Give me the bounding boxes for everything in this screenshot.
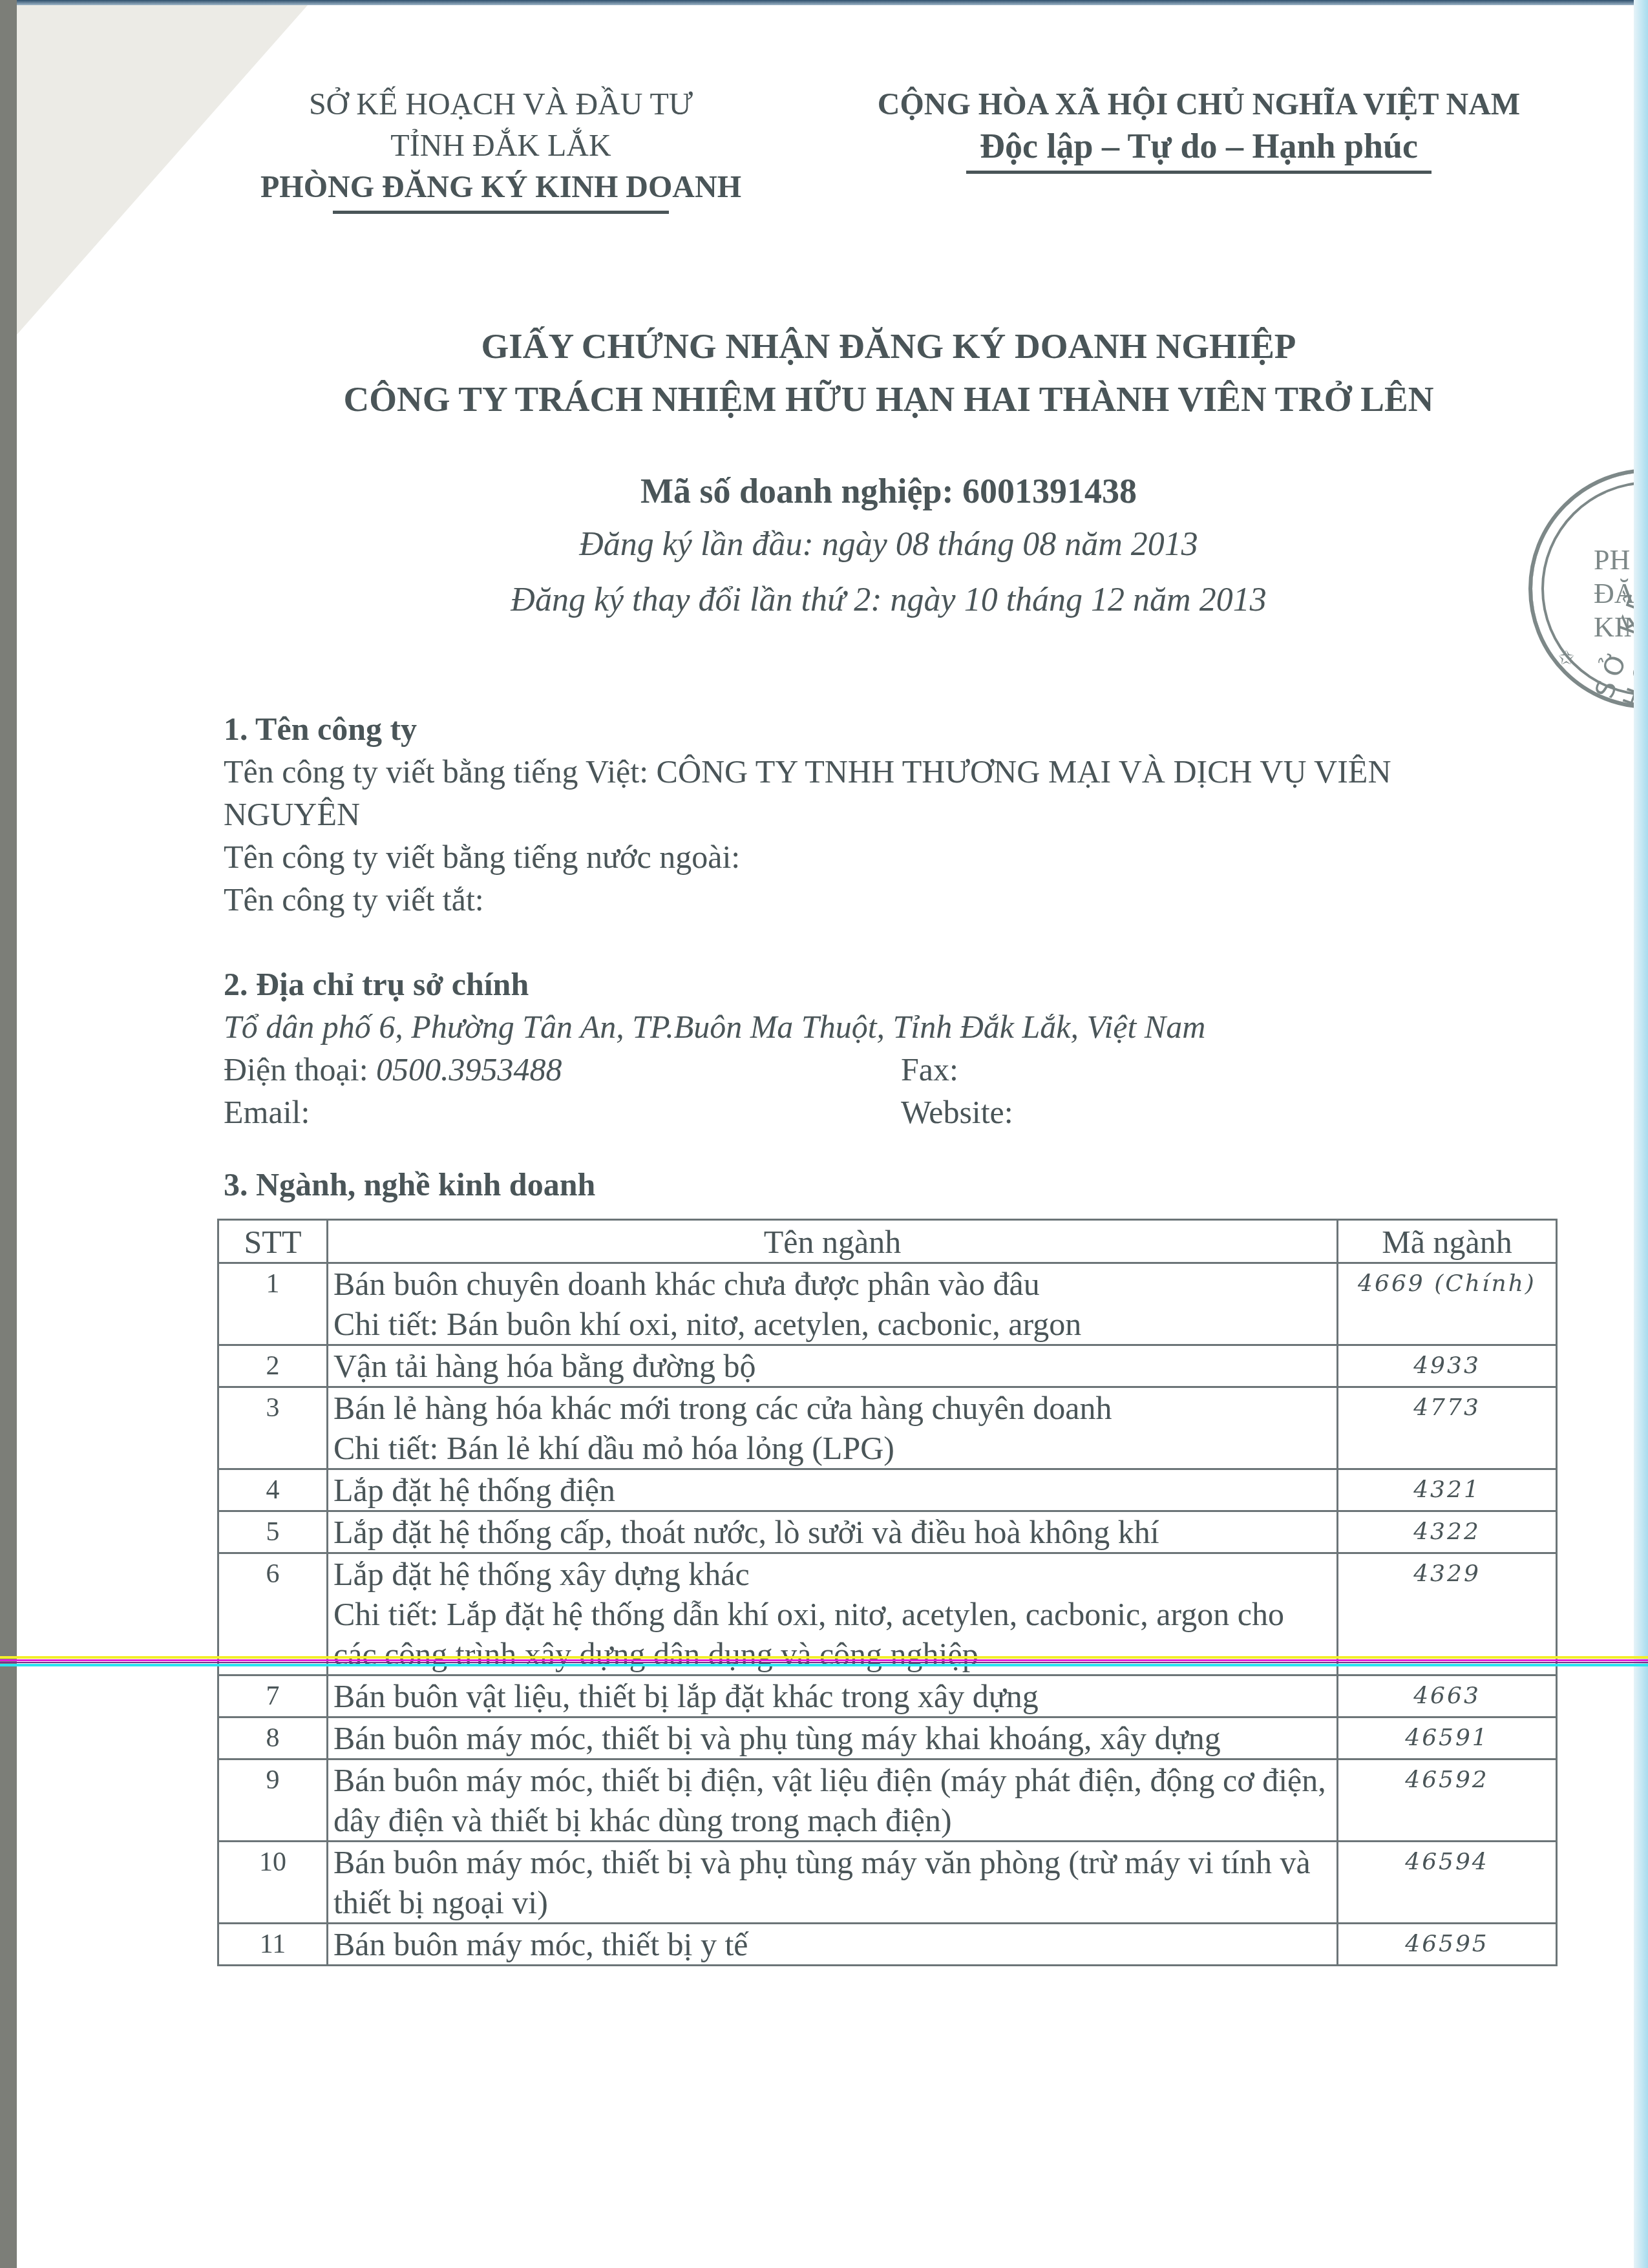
table-row: 3Bán lẻ hàng hóa khác mới trong các cửa … bbox=[218, 1387, 1557, 1469]
enterprise-code: Mã số doanh nghiệp: 6001391438 bbox=[194, 465, 1583, 517]
row-business-code: 46592 bbox=[1338, 1759, 1557, 1842]
authority-province: TỈNH ĐẮK LẮK bbox=[194, 125, 808, 167]
nation-name: CỘNG HÒA XÃ HỘI CHỦ NGHĨA VIỆT NAM bbox=[827, 84, 1570, 125]
section-2-heading: 2. Địa chỉ trụ sở chính bbox=[224, 963, 1548, 1005]
table-row: 1Bán buôn chuyên doanh khác chưa được ph… bbox=[218, 1263, 1557, 1345]
header-right-underline bbox=[966, 171, 1431, 174]
row-stt: 9 bbox=[218, 1759, 328, 1842]
scan-edge-right bbox=[1634, 0, 1648, 2268]
row-business-code: 4773 bbox=[1338, 1387, 1557, 1469]
table-row: 5Lắp đặt hệ thống cấp, thoát nước, lò sư… bbox=[218, 1511, 1557, 1553]
row-stt: 3 bbox=[218, 1387, 328, 1469]
row-business-code: 4322 bbox=[1338, 1511, 1557, 1553]
table-row: 11Bán buôn máy móc, thiết bị y tế46595 bbox=[218, 1924, 1557, 1966]
fax-label: Fax: bbox=[901, 1051, 958, 1087]
table-row: 8Bán buôn máy móc, thiết bị và phụ tùng … bbox=[218, 1717, 1557, 1759]
business-name: Lắp đặt hệ thống cấp, thoát nước, lò sưở… bbox=[333, 1512, 1331, 1552]
national-header: CỘNG HÒA XÃ HỘI CHỦ NGHĨA VIỆT NAM Độc l… bbox=[827, 84, 1570, 174]
row-business-code: 4933 bbox=[1338, 1345, 1557, 1387]
row-stt: 10 bbox=[218, 1842, 328, 1924]
phone-value: 0500.3953488 bbox=[376, 1051, 562, 1087]
business-name: Lắp đặt hệ thống điện bbox=[333, 1470, 1331, 1510]
scan-edge-left bbox=[0, 0, 17, 2268]
table-row: 10Bán buôn máy móc, thiết bị và phụ tùng… bbox=[218, 1842, 1557, 1924]
row-business-code: 4669 (Chính) bbox=[1338, 1263, 1557, 1345]
stamp-center-text: PH ĐĂN KINI bbox=[1594, 543, 1634, 644]
business-name: Bán buôn chuyên doanh khác chưa được phâ… bbox=[333, 1264, 1331, 1304]
scan-artifact-line bbox=[0, 1662, 1648, 1663]
row-stt: 5 bbox=[218, 1511, 328, 1553]
first-registration-date: Đăng ký lần đầu: ngày 08 tháng 08 năm 20… bbox=[194, 517, 1583, 572]
row-business-name: Bán lẻ hàng hóa khác mới trong các cửa h… bbox=[328, 1387, 1338, 1469]
official-stamp: SỞ KẾ HOẠC ✩ PH ĐĂN KINI bbox=[1528, 452, 1634, 724]
registration-info: Mã số doanh nghiệp: 6001391438 Đăng ký l… bbox=[194, 465, 1583, 628]
row-stt: 1 bbox=[218, 1263, 328, 1345]
title-line-1: GIẤY CHỨNG NHẬN ĐĂNG KÝ DOANH NGHIỆP bbox=[194, 320, 1583, 373]
business-detail: Chi tiết: Bán buôn khí oxi, nitơ, acetyl… bbox=[333, 1304, 1331, 1344]
foreign-name-row: Tên công ty viết bằng tiếng nước ngoài: bbox=[224, 835, 1548, 878]
table-body: 1Bán buôn chuyên doanh khác chưa được ph… bbox=[218, 1263, 1557, 1966]
business-name: Bán buôn vật liệu, thiết bị lắp đặt khác… bbox=[333, 1676, 1331, 1716]
address-value: Tổ dân phố 6, Phường Tân An, TP.Buôn Ma … bbox=[224, 1005, 1548, 1048]
row-stt: 11 bbox=[218, 1924, 328, 1966]
row-business-code: 4663 bbox=[1338, 1675, 1557, 1717]
business-name: Lắp đặt hệ thống xây dựng khác bbox=[333, 1554, 1331, 1594]
header-code: Mã ngành bbox=[1338, 1220, 1557, 1263]
contact-row-2: Email: Website: bbox=[224, 1091, 1548, 1133]
header-left-underline bbox=[333, 211, 669, 214]
header-name: Tên ngành bbox=[328, 1220, 1338, 1263]
stamp-star-icon: ✩ bbox=[1558, 647, 1574, 669]
row-stt: 4 bbox=[218, 1469, 328, 1511]
business-name: Vận tải hàng hóa bằng đường bộ bbox=[333, 1346, 1331, 1386]
table-row: 9Bán buôn máy móc, thiết bị điện, vật li… bbox=[218, 1759, 1557, 1842]
row-business-name: Vận tải hàng hóa bằng đường bộ bbox=[328, 1345, 1338, 1387]
short-name-label: Tên công ty viết tắt: bbox=[224, 881, 484, 918]
scan-artifact-line bbox=[0, 1664, 1648, 1666]
row-business-name: Bán buôn chuyên doanh khác chưa được phâ… bbox=[328, 1263, 1338, 1345]
scan-edge-top bbox=[17, 0, 1648, 5]
amendment-date: Đăng ký thay đổi lần thứ 2: ngày 10 thán… bbox=[194, 572, 1583, 628]
business-name: Bán buôn máy móc, thiết bị y tế bbox=[333, 1924, 1331, 1964]
stamp-seal-icon: SỞ KẾ HOẠC ✩ PH ĐĂN KINI bbox=[1528, 468, 1634, 709]
business-name: Bán buôn máy móc, thiết bị và phụ tùng m… bbox=[333, 1842, 1331, 1922]
row-business-name: Lắp đặt hệ thống cấp, thoát nước, lò sưở… bbox=[328, 1511, 1338, 1553]
row-stt: 2 bbox=[218, 1345, 328, 1387]
website-label: Website: bbox=[901, 1094, 1013, 1130]
row-business-name: Bán buôn vật liệu, thiết bị lắp đặt khác… bbox=[328, 1675, 1338, 1717]
section-1-heading: 1. Tên công ty bbox=[224, 708, 1548, 750]
vietnamese-name-row: Tên công ty viết bằng tiếng Việt: CÔNG T… bbox=[224, 750, 1516, 835]
table-row: 2Vận tải hàng hóa bằng đường bộ4933 bbox=[218, 1345, 1557, 1387]
business-name: Bán buôn máy móc, thiết bị điện, vật liệ… bbox=[333, 1760, 1331, 1840]
row-stt: 8 bbox=[218, 1717, 328, 1759]
scan-artifact-line bbox=[0, 1659, 1648, 1661]
section-3-heading: 3. Ngành, nghề kinh doanh bbox=[224, 1163, 1548, 1206]
title-line-2: CÔNG TY TRÁCH NHIỆM HỮU HẠN HAI THÀNH VI… bbox=[194, 373, 1583, 426]
table-row: 4Lắp đặt hệ thống điện4321 bbox=[218, 1469, 1557, 1511]
row-business-name: Bán buôn máy móc, thiết bị y tế bbox=[328, 1924, 1338, 1966]
section-company-name: 1. Tên công ty Tên công ty viết bằng tiế… bbox=[224, 708, 1548, 921]
row-business-code: 46594 bbox=[1338, 1842, 1557, 1924]
national-motto: Độc lập – Tự do – Hạnh phúc bbox=[827, 125, 1570, 167]
contact-row-1: Điện thoại: 0500.3953488 Fax: bbox=[224, 1048, 1548, 1091]
short-name-row: Tên công ty viết tắt: bbox=[224, 878, 1548, 921]
scan-artifact-line bbox=[0, 1656, 1648, 1659]
row-business-code: 46595 bbox=[1338, 1924, 1557, 1966]
authority-office: PHÒNG ĐĂNG KÝ KINH DOANH bbox=[194, 167, 808, 208]
row-business-name: Bán buôn máy móc, thiết bị và phụ tùng m… bbox=[328, 1717, 1338, 1759]
phone-label: Điện thoại: bbox=[224, 1051, 368, 1087]
row-business-name: Bán buôn máy móc, thiết bị điện, vật liệ… bbox=[328, 1759, 1338, 1842]
business-name: Bán buôn máy móc, thiết bị và phụ tùng m… bbox=[333, 1718, 1331, 1758]
row-business-code: 4321 bbox=[1338, 1469, 1557, 1511]
authority-department: SỞ KẾ HOẠCH VÀ ĐẦU TƯ bbox=[194, 84, 808, 125]
business-lines-table: STT Tên ngành Mã ngành 1Bán buôn chuyên … bbox=[217, 1219, 1558, 1966]
email-label: Email: bbox=[224, 1094, 310, 1130]
table-header-row: STT Tên ngành Mã ngành bbox=[218, 1220, 1557, 1263]
document-title: GIẤY CHỨNG NHẬN ĐĂNG KÝ DOANH NGHIỆP CÔN… bbox=[194, 320, 1583, 426]
row-business-code: 46591 bbox=[1338, 1717, 1557, 1759]
header-stt: STT bbox=[218, 1220, 328, 1263]
table-row: 7Bán buôn vật liệu, thiết bị lắp đặt khá… bbox=[218, 1675, 1557, 1717]
row-business-name: Bán buôn máy móc, thiết bị và phụ tùng m… bbox=[328, 1842, 1338, 1924]
business-name: Bán lẻ hàng hóa khác mới trong các cửa h… bbox=[333, 1388, 1331, 1428]
foreign-name-label: Tên công ty viết bằng tiếng nước ngoài: bbox=[224, 839, 740, 875]
vietnamese-name-label: Tên công ty viết bằng tiếng Việt: bbox=[224, 753, 648, 790]
row-business-name: Lắp đặt hệ thống điện bbox=[328, 1469, 1338, 1511]
section-business-lines: 3. Ngành, nghề kinh doanh bbox=[224, 1163, 1548, 1206]
business-detail: Chi tiết: Bán lẻ khí dầu mỏ hóa lỏng (LP… bbox=[333, 1428, 1331, 1468]
issuing-authority-header: SỞ KẾ HOẠCH VÀ ĐẦU TƯ TỈNH ĐẮK LẮK PHÒNG… bbox=[194, 84, 808, 214]
section-head-office-address: 2. Địa chỉ trụ sở chính Tổ dân phố 6, Ph… bbox=[224, 963, 1548, 1133]
row-stt: 7 bbox=[218, 1675, 328, 1717]
